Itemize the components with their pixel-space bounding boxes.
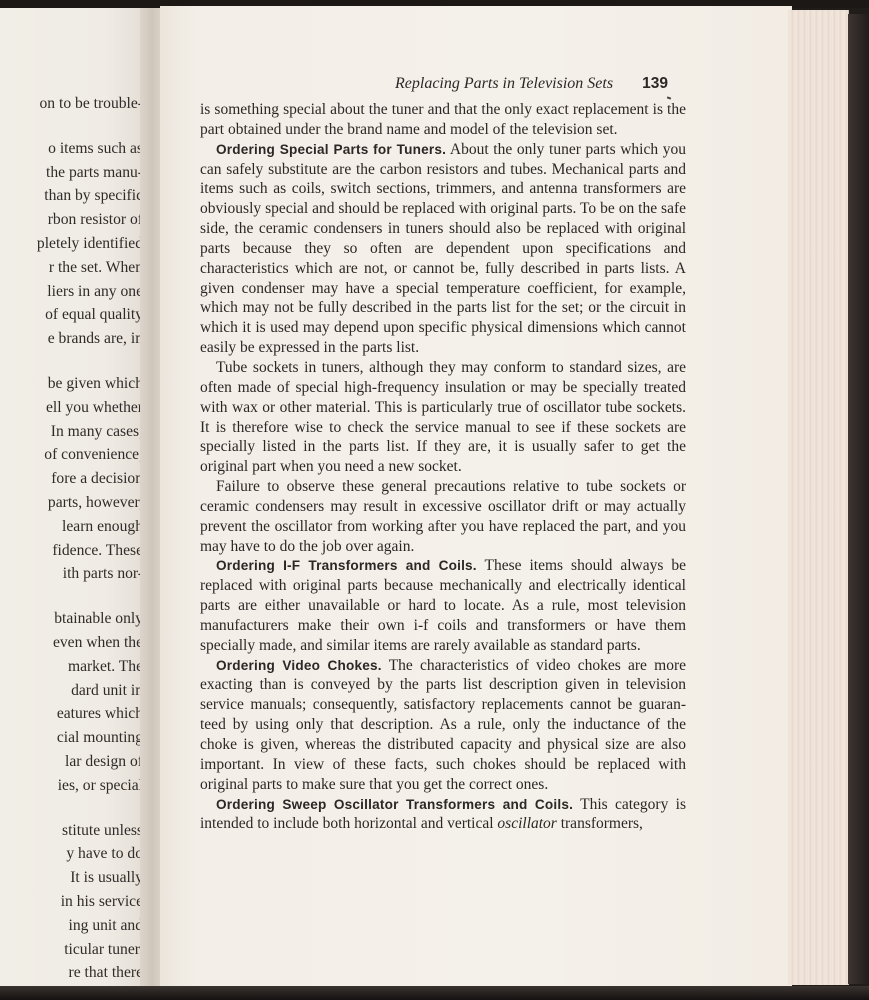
left-line: of equal quality xyxy=(0,303,143,327)
page-edges xyxy=(788,10,849,985)
section-heading: Ordering Video Chokes. xyxy=(216,658,382,673)
left-line: be given which xyxy=(0,372,143,396)
paragraph: Ordering I-F Transformers and Coils. The… xyxy=(200,556,686,655)
left-line: In many cases, xyxy=(0,420,143,444)
left-line: rbon resistor of xyxy=(0,208,143,232)
left-line: pletely identified xyxy=(0,232,143,256)
paragraph: Ordering Special Parts for Tuners. About… xyxy=(200,140,686,358)
left-line: dard unit in xyxy=(0,679,143,703)
section-heading: Ordering I-F Transformers and Coils. xyxy=(216,558,477,573)
left-line: ies, or special xyxy=(0,774,143,798)
italic-term: oscillator xyxy=(497,815,556,832)
left-line: the parts manu- xyxy=(0,161,143,185)
left-line: liers in any one xyxy=(0,280,143,304)
paragraph: Tube sockets in tuners, although they ma… xyxy=(200,358,686,477)
left-line: eatures which xyxy=(0,702,143,726)
paragraph: Ordering Video Chokes. The characteristi… xyxy=(200,656,686,795)
left-line: o items such as xyxy=(0,137,143,161)
left-line: r the set. When xyxy=(0,256,143,280)
left-line: ith parts nor- xyxy=(0,562,143,586)
left-line: parts, however, xyxy=(0,491,143,515)
body-text: is something special about the tuner and… xyxy=(200,100,686,834)
left-line: btainable only xyxy=(0,607,143,631)
left-line: ing unit and xyxy=(0,914,143,938)
section-heading: Ordering Special Parts for Tuners. xyxy=(216,142,446,157)
left-line: on to be trouble- xyxy=(0,92,143,116)
paragraph-text: The characteristics of video chokes are … xyxy=(200,657,686,793)
left-line: It is usually xyxy=(0,866,143,890)
left-line: cial mounting xyxy=(0,726,143,750)
left-line: ell you whether xyxy=(0,396,143,420)
running-title: Replacing Parts in Television Sets xyxy=(395,75,613,93)
left-line: than by specific xyxy=(0,184,143,208)
left-line: learn enough xyxy=(0,515,143,539)
bottom-shadow xyxy=(0,986,869,1000)
paragraph-text: transformers, xyxy=(557,815,643,832)
left-line: y have to do xyxy=(0,842,143,866)
left-line: of convenience, xyxy=(0,443,143,467)
paragraph: Failure to observe these general precaut… xyxy=(200,477,686,556)
left-line: re that there xyxy=(0,961,143,985)
running-header: Replacing Parts in Television Sets 139 xyxy=(395,75,668,93)
paragraph-text: Tube sockets in tuners, although they ma… xyxy=(200,359,686,475)
paragraph: is something special about the tuner and… xyxy=(200,100,686,140)
left-line: even when the xyxy=(0,631,143,655)
book-cover-edge xyxy=(848,14,869,984)
left-page: on to be trouble- o items such as the pa… xyxy=(0,8,150,988)
left-line: fidence. These xyxy=(0,539,143,563)
left-line: market. The xyxy=(0,655,143,679)
section-heading: Ordering Sweep Oscillator Transformers a… xyxy=(216,797,573,812)
page-number: 139 xyxy=(642,75,668,93)
paragraph-text: Failure to observe these general precaut… xyxy=(200,478,686,555)
left-line: stitute unless xyxy=(0,819,143,843)
left-line: in his service xyxy=(0,890,143,914)
left-page-text: on to be trouble- o items such as the pa… xyxy=(0,92,143,985)
paragraph: Ordering Sweep Oscillator Transformers a… xyxy=(200,795,686,835)
paragraph-text: About the only tuner parts which you can… xyxy=(200,141,686,356)
left-line: fore a decision xyxy=(0,467,143,491)
book-scan: on to be trouble- o items such as the pa… xyxy=(0,0,869,1000)
left-line: lar design of xyxy=(0,750,143,774)
left-line: ticular tuner. xyxy=(0,938,143,962)
paragraph-text: is something special about the tuner and… xyxy=(200,101,686,138)
left-line: e brands are, in xyxy=(0,327,143,351)
